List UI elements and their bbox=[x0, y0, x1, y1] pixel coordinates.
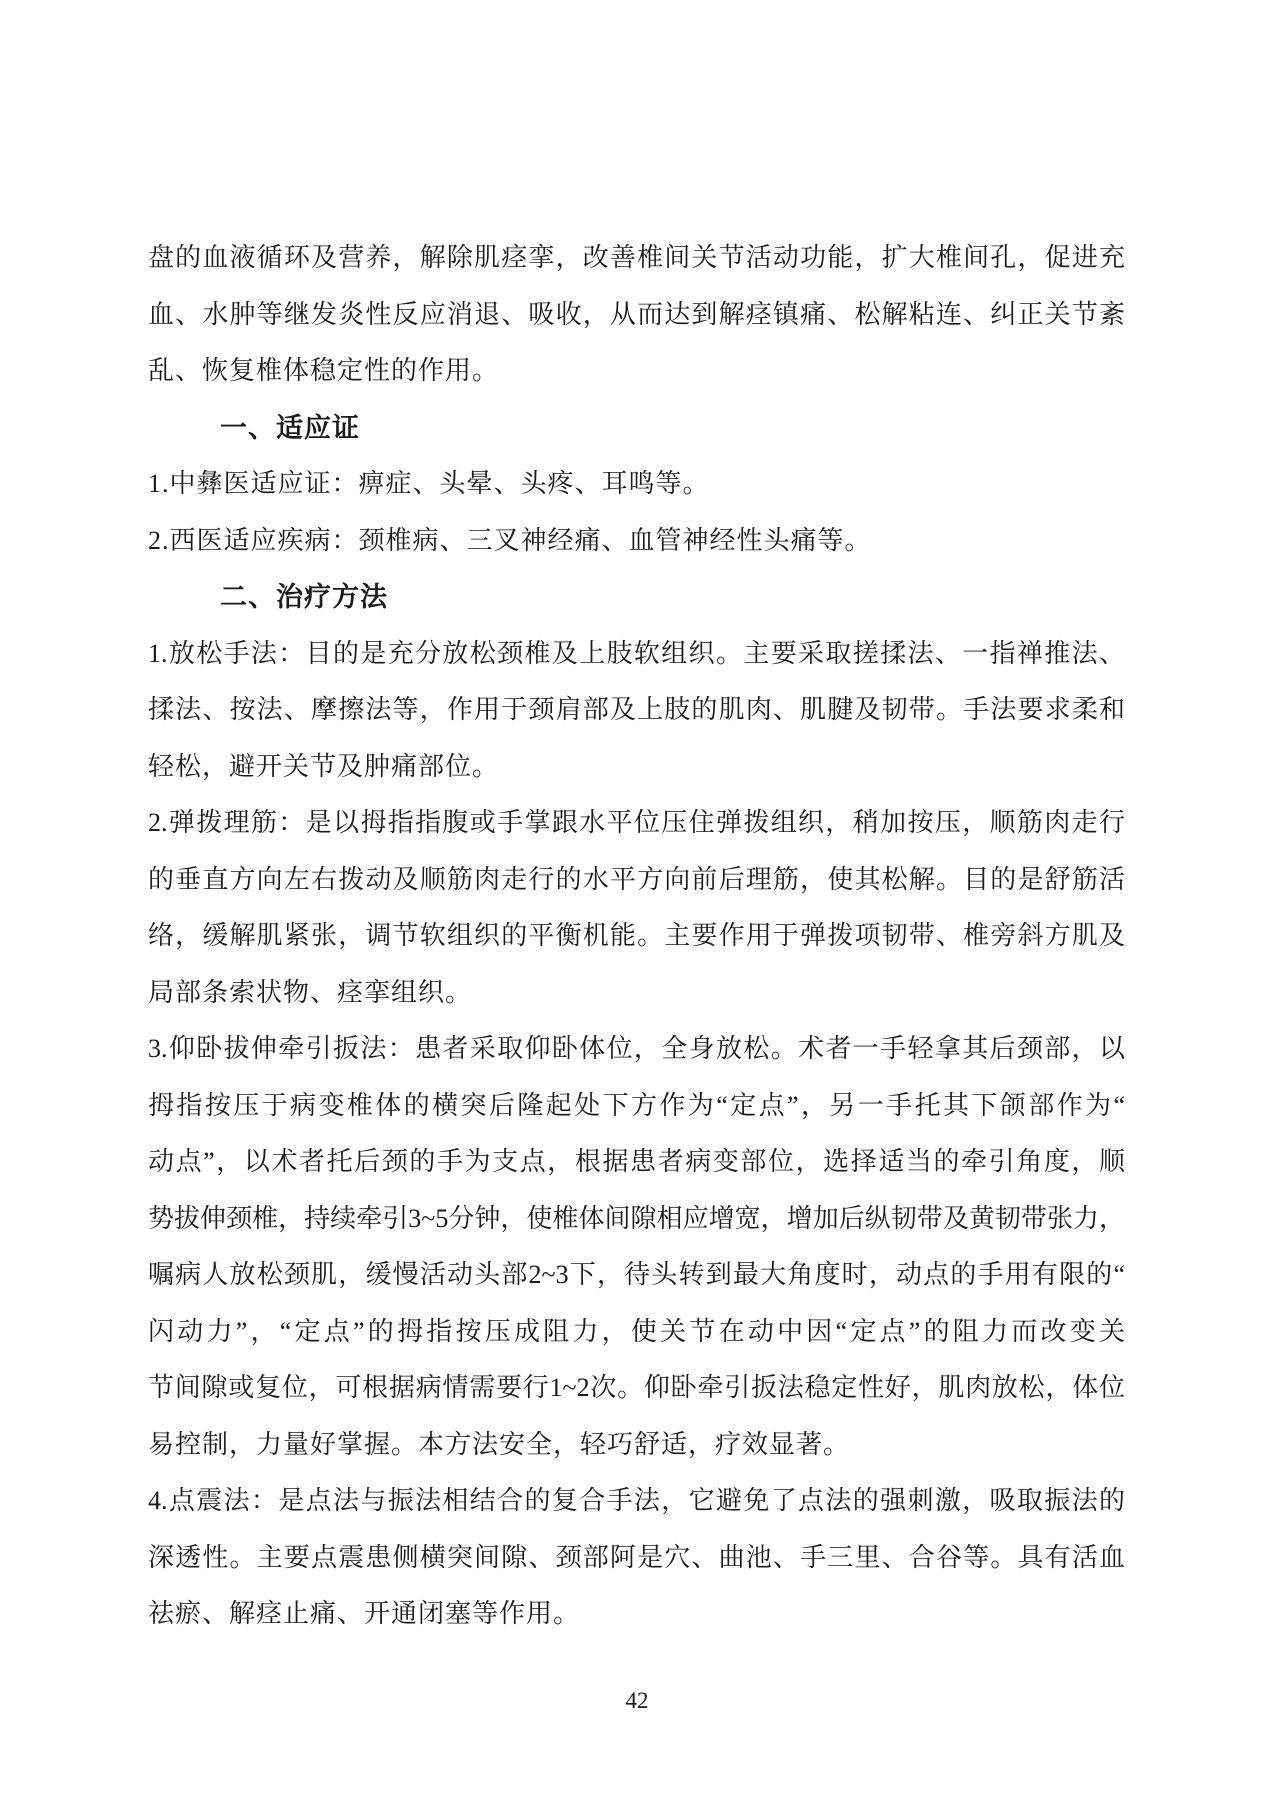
text-line: 3.仰卧拔伸牵引扳法：患者采取仰卧体位，全身放松。术者一手轻拿其后颈部，以 bbox=[148, 1021, 1125, 1078]
section-heading: 二、治疗方法 bbox=[148, 569, 1125, 626]
text-line: 节间隙或复位，可根据病情需要行1~2次。仰卧牵引扳法稳定性好，肌肉放松，体位 bbox=[148, 1360, 1125, 1417]
text-line: 深透性。主要点震患侧横突间隙、颈部阿是穴、曲池、手三里、合谷等。具有活血 bbox=[148, 1530, 1125, 1587]
text-line: 轻松，避开关节及肿痛部位。 bbox=[148, 739, 1125, 796]
text-line: 的垂直方向左右拨动及顺筋肉走行的水平方向前后理筋，使其松解。目的是舒筋活 bbox=[148, 852, 1125, 909]
text-line: 拇指按压于病变椎体的横突后隆起处下方作为“定点”，另一手托其下颌部作为“ bbox=[148, 1078, 1125, 1135]
section-heading: 一、适应证 bbox=[148, 400, 1125, 457]
text-line: 1.放松手法：目的是充分放松颈椎及上肢软组织。主要采取搓揉法、一指禅推法、 bbox=[148, 626, 1125, 683]
text-line: 1.中彝医适应证：痹症、头晕、头疼、耳鸣等。 bbox=[148, 456, 1125, 513]
text-line: 祛瘀、解痉止痛、开通闭塞等作用。 bbox=[148, 1586, 1125, 1643]
document-page: 盘的血液循环及营养，解除肌痉挛，改善椎间关节活动功能，扩大椎间孔，促进充血、水肿… bbox=[0, 0, 1274, 1801]
page-content: 盘的血液循环及营养，解除肌痉挛，改善椎间关节活动功能，扩大椎间孔，促进充血、水肿… bbox=[148, 230, 1125, 1643]
text-line: 揉法、按法、摩擦法等，作用于颈肩部及上肢的肌肉、肌腱及韧带。手法要求柔和 bbox=[148, 682, 1125, 739]
text-line: 易控制，力量好掌握。本方法安全，轻巧舒适，疗效显著。 bbox=[148, 1417, 1125, 1474]
text-line: 4.点震法：是点法与振法相结合的复合手法，它避免了点法的强刺激，吸取振法的 bbox=[148, 1473, 1125, 1530]
text-line: 闪动力”，“定点”的拇指按压成阻力，使关节在动中因“定点”的阻力而改变关 bbox=[148, 1304, 1125, 1361]
text-line: 嘱病人放松颈肌，缓慢活动头部2~3下，待头转到最大角度时，动点的手用有限的“ bbox=[148, 1247, 1125, 1304]
text-line: 乱、恢复椎体稳定性的作用。 bbox=[148, 343, 1125, 400]
text-line: 络，缓解肌紧张，调节软组织的平衡机能。主要作用于弹拨项韧带、椎旁斜方肌及 bbox=[148, 908, 1125, 965]
text-line: 势拔伸颈椎，持续牵引3~5分钟，使椎体间隙相应增宽，增加后纵韧带及黄韧带张力， bbox=[148, 1191, 1125, 1248]
text-line: 2.西医适应疾病：颈椎病、三叉神经痛、血管神经性头痛等。 bbox=[148, 513, 1125, 570]
text-line: 动点”，以术者托后颈的手为支点，根据患者病变部位，选择适当的牵引角度，顺 bbox=[148, 1134, 1125, 1191]
text-line: 血、水肿等继发炎性反应消退、吸收，从而达到解痉镇痛、松解粘连、纠正关节紊 bbox=[148, 287, 1125, 344]
text-line: 2.弹拨理筋：是以拇指指腹或手掌跟水平位压住弹拨组织，稍加按压，顺筋肉走行 bbox=[148, 795, 1125, 852]
page-number: 42 bbox=[0, 1684, 1274, 1718]
text-line: 局部条索状物、痉挛组织。 bbox=[148, 965, 1125, 1022]
text-line: 盘的血液循环及营养，解除肌痉挛，改善椎间关节活动功能，扩大椎间孔，促进充 bbox=[148, 230, 1125, 287]
